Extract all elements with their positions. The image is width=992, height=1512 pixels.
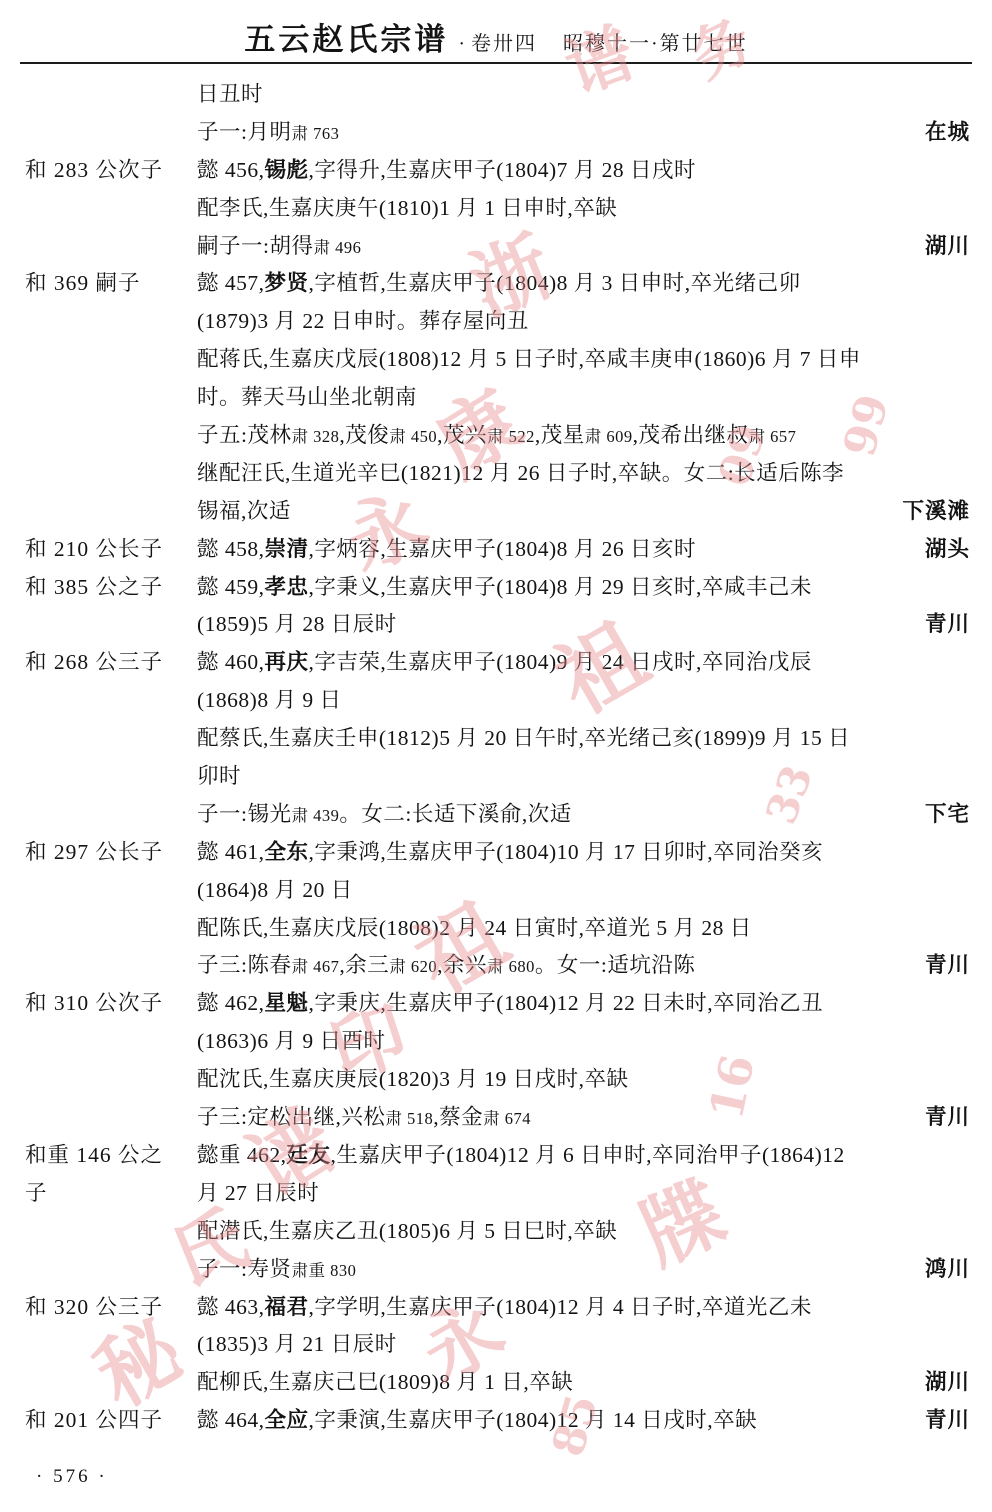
text-segment: ,茂俊 <box>339 423 389 447</box>
place-label: 下宅 <box>925 796 992 834</box>
place-label <box>970 152 992 190</box>
entry-side-label <box>0 796 197 834</box>
entry-side-label <box>0 606 197 644</box>
text-segment: 配沈氏,生嘉庆庚辰(1820)3 月 19 日戌时,卒缺 <box>197 1067 628 1091</box>
place-label <box>970 76 992 114</box>
entry-text: 子五:茂林肃 328,茂俊肃 450,茂兴肃 522,茂星肃 609,茂希出继叔… <box>197 417 970 455</box>
place-label <box>970 1213 992 1251</box>
person-name: 福君 <box>265 1295 309 1319</box>
text-segment: ,茂星 <box>535 423 585 447</box>
genealogy-page: 五云赵氏宗谱·卷卅四昭穆十一·第廿七世 日丑时子一:月明肃 763在城和 283… <box>0 0 992 1512</box>
entry-side-label <box>0 76 197 114</box>
entry-text: (1863)6 月 9 日酉时 <box>197 1023 970 1061</box>
entry-side-label <box>0 303 197 341</box>
annotation-ref: 肃 674 <box>483 1109 531 1128</box>
text-segment: 懿 462, <box>197 991 265 1015</box>
entry-text: 配蔡氏,生嘉庆壬申(1812)5 月 20 日午时,卒光绪己亥(1899)9 月… <box>197 720 970 758</box>
text-segment: ,字秉义,生嘉庆甲子(1804)8 月 29 日亥时,卒咸丰己未 <box>309 575 812 599</box>
entry-side-label: 和 210 公长子 <box>0 531 197 569</box>
entry-text: 月 27 日辰时 <box>197 1175 970 1213</box>
text-segment: ,字得升,生嘉庆甲子(1804)7 月 28 日戌时 <box>309 158 696 182</box>
text-segment: (1879)3 月 22 日申时。葬存屋向丑 <box>197 309 529 333</box>
entry-row: 和 310 公次子懿 462,星魁,字秉庆,生嘉庆甲子(1804)12 月 22… <box>0 985 992 1023</box>
entry-side-label <box>0 1326 197 1364</box>
entry-row: 和 283 公次子懿 456,锡彪,字得升,生嘉庆甲子(1804)7 月 28 … <box>0 152 992 190</box>
text-segment: 懿 460, <box>197 650 265 674</box>
text-segment: ,字秉鸿,生嘉庆甲子(1804)10 月 17 日卯时,卒同治癸亥 <box>309 840 824 864</box>
entry-row: 和 268 公三子懿 460,再庆,字吉荣,生嘉庆甲子(1804)9 月 24 … <box>0 644 992 682</box>
annotation-ref: 肃 522 <box>487 427 535 446</box>
text-segment: 懿重 462, <box>197 1143 287 1167</box>
title-separator-dot: · <box>458 33 465 55</box>
place-label <box>970 682 992 720</box>
entry-row: (1863)6 月 9 日酉时 <box>0 1023 992 1061</box>
place-label <box>970 1175 992 1213</box>
text-segment: 时。葬天马山坐北朝南 <box>197 385 417 409</box>
text-segment: 嗣子一:胡得 <box>197 234 313 258</box>
entry-row: 子五:茂林肃 328,茂俊肃 450,茂兴肃 522,茂星肃 609,茂希出继叔… <box>0 417 992 455</box>
entry-side-label <box>0 910 197 948</box>
text-segment: 。女一:适坑沿陈 <box>535 953 695 977</box>
text-segment: 懿 458, <box>197 537 265 561</box>
entry-side-label <box>0 417 197 455</box>
text-segment: 配蔡氏,生嘉庆壬申(1812)5 月 20 日午时,卒光绪己亥(1899)9 月… <box>197 726 850 750</box>
annotation-ref: 肃 518 <box>385 1109 433 1128</box>
entry-text: 配沈氏,生嘉庆庚辰(1820)3 月 19 日戌时,卒缺 <box>197 1061 970 1099</box>
entry-side-label: 和 320 公三子 <box>0 1289 197 1327</box>
person-name: 全东 <box>265 840 309 864</box>
entry-row: 配陈氏,生嘉庆戊辰(1808)2 月 24 日寅时,卒道光 5 月 28 日 <box>0 910 992 948</box>
person-name: 崇清 <box>265 537 309 561</box>
place-label <box>970 569 992 607</box>
entry-row: 和 320 公三子懿 463,福君,字学明,生嘉庆甲子(1804)12 月 4 … <box>0 1289 992 1327</box>
entry-row: 配蒋氏,生嘉庆戊辰(1808)12 月 5 日子时,卒咸丰庚申(1860)6 月… <box>0 341 992 379</box>
text-segment: 配李氏,生嘉庆庚午(1810)1 月 1 日申时,卒缺 <box>197 196 617 220</box>
text-segment: 子三:陈春 <box>197 953 291 977</box>
text-segment: (1835)3 月 21 日辰时 <box>197 1332 397 1356</box>
text-segment: ,字植哲,生嘉庆甲子(1804)8 月 3 日申时,卒光绪己卯 <box>309 271 801 295</box>
text-segment: ,余兴 <box>437 953 487 977</box>
entry-text: 子三:定松出继,兴松肃 518,蔡金肃 674 <box>197 1099 925 1137</box>
entry-side-label <box>0 682 197 720</box>
section-label: 昭穆十一·第廿七世 <box>563 33 748 55</box>
person-name: 梦贤 <box>265 271 309 295</box>
entry-side-label: 和 268 公三子 <box>0 644 197 682</box>
text-segment: 懿 456, <box>197 158 265 182</box>
text-segment: 子一:锡光 <box>197 802 291 826</box>
entry-side-label <box>0 1061 197 1099</box>
entry-row: 子三:定松出继,兴松肃 518,蔡金肃 674青川 <box>0 1099 992 1137</box>
entry-row: 配沈氏,生嘉庆庚辰(1820)3 月 19 日戌时,卒缺 <box>0 1061 992 1099</box>
person-name: 星魁 <box>265 991 309 1015</box>
text-segment: 。女二:长适下溪俞,次适 <box>339 802 571 826</box>
place-label: 青川 <box>925 1402 992 1440</box>
annotation-ref: 肃 620 <box>389 957 437 976</box>
entry-side-label: 和 369 嗣子 <box>0 265 197 303</box>
entry-side-label <box>0 758 197 796</box>
entry-side-label: 和重 146 公之 <box>0 1137 197 1175</box>
entry-text: 懿 457,梦贤,字植哲,生嘉庆甲子(1804)8 月 3 日申时,卒光绪己卯 <box>197 265 970 303</box>
entry-text: 懿 460,再庆,字吉荣,生嘉庆甲子(1804)9 月 24 日戌时,卒同治戊辰 <box>197 644 970 682</box>
entry-text: 子一:寿贤肃重 830 <box>197 1251 925 1289</box>
place-label <box>970 303 992 341</box>
text-segment: 锡福,次适 <box>197 499 291 523</box>
entry-text: 日丑时 <box>197 76 970 114</box>
text-segment: 子五:茂林 <box>197 423 291 447</box>
entry-text: 懿 459,孝忠,字秉义,生嘉庆甲子(1804)8 月 29 日亥时,卒咸丰己未 <box>197 569 970 607</box>
annotation-ref: 肃重 830 <box>291 1261 356 1280</box>
volume-label: 卷卅四 <box>471 33 537 55</box>
entry-row: 和 297 公长子懿 461,全东,字秉鸿,生嘉庆甲子(1804)10 月 17… <box>0 834 992 872</box>
entry-row: 子三:陈春肃 467,余三肃 620,余兴肃 680。女一:适坑沿陈青川 <box>0 947 992 985</box>
place-label <box>970 720 992 758</box>
entry-row: 子一:月明肃 763在城 <box>0 114 992 152</box>
entry-text: (1879)3 月 22 日申时。葬存屋向丑 <box>197 303 970 341</box>
entry-text: 懿 462,星魁,字秉庆,生嘉庆甲子(1804)12 月 22 日未时,卒同治乙… <box>197 985 970 1023</box>
annotation-ref: 肃 439 <box>291 806 339 825</box>
place-label <box>970 1137 992 1175</box>
text-segment: 懿 464, <box>197 1408 265 1432</box>
entry-text: 懿 456,锡彪,字得升,生嘉庆甲子(1804)7 月 28 日戌时 <box>197 152 970 190</box>
entry-row: 卯时 <box>0 758 992 796</box>
text-segment: 懿 461, <box>197 840 265 864</box>
entry-row: (1859)5 月 28 日辰时青川 <box>0 606 992 644</box>
annotation-ref: 肃 328 <box>291 427 339 446</box>
annotation-ref: 肃 496 <box>313 238 361 257</box>
entry-row: 子月 27 日辰时 <box>0 1175 992 1213</box>
entry-text: 懿 458,崇清,字炳容,生嘉庆甲子(1804)8 月 26 日亥时 <box>197 531 925 569</box>
entry-side-label <box>0 1213 197 1251</box>
text-segment: ,字炳容,生嘉庆甲子(1804)8 月 26 日亥时 <box>309 537 696 561</box>
entry-text: 懿 464,全应,字秉演,生嘉庆甲子(1804)12 月 14 日戌时,卒缺 <box>197 1402 925 1440</box>
text-segment: (1868)8 月 9 日 <box>197 688 341 712</box>
text-segment: (1859)5 月 28 日辰时 <box>197 612 397 636</box>
entry-side-label: 子 <box>0 1175 197 1213</box>
annotation-ref: 肃 450 <box>389 427 437 446</box>
place-label <box>970 834 992 872</box>
person-name: 再庆 <box>265 650 309 674</box>
entry-row: 和重 146 公之懿重 462,廷友,生嘉庆甲子(1804)12 月 6 日申时… <box>0 1137 992 1175</box>
entry-text: 子一:月明肃 763 <box>197 114 925 152</box>
text-segment: 配陈氏,生嘉庆戊辰(1808)2 月 24 日寅时,卒道光 5 月 28 日 <box>197 916 752 940</box>
text-segment: ,字秉庆,生嘉庆甲子(1804)12 月 22 日未时,卒同治乙丑 <box>309 991 824 1015</box>
text-segment: ,余三 <box>339 953 389 977</box>
entry-row: 和 369 嗣子懿 457,梦贤,字植哲,生嘉庆甲子(1804)8 月 3 日申… <box>0 265 992 303</box>
entry-side-label <box>0 1251 197 1289</box>
text-segment: 配潜氏,生嘉庆乙丑(1805)6 月 5 日巳时,卒缺 <box>197 1219 617 1243</box>
entry-side-label <box>0 720 197 758</box>
text-segment: ,字吉荣,生嘉庆甲子(1804)9 月 24 日戌时,卒同治戊辰 <box>309 650 812 674</box>
entry-row: 时。葬天马山坐北朝南 <box>0 379 992 417</box>
text-segment: 配蒋氏,生嘉庆戊辰(1808)12 月 5 日子时,卒咸丰庚申(1860)6 月… <box>197 347 861 371</box>
place-label: 青川 <box>925 1099 992 1137</box>
entry-side-label <box>0 455 197 493</box>
text-segment: ,字学明,生嘉庆甲子(1804)12 月 4 日子时,卒道光乙未 <box>309 1295 812 1319</box>
text-segment: 懿 463, <box>197 1295 265 1319</box>
entry-text: 懿 463,福君,字学明,生嘉庆甲子(1804)12 月 4 日子时,卒道光乙未 <box>197 1289 970 1327</box>
entry-side-label: 和 310 公次子 <box>0 985 197 1023</box>
place-label: 青川 <box>925 606 992 644</box>
entry-side-label <box>0 114 197 152</box>
place-label <box>970 1326 992 1364</box>
place-label <box>970 1289 992 1327</box>
entry-side-label <box>0 872 197 910</box>
text-segment: ,茂兴 <box>437 423 487 447</box>
entry-row: (1868)8 月 9 日 <box>0 682 992 720</box>
entry-row: 配李氏,生嘉庆庚午(1810)1 月 1 日申时,卒缺 <box>0 190 992 228</box>
entry-text: 配陈氏,生嘉庆戊辰(1808)2 月 24 日寅时,卒道光 5 月 28 日 <box>197 910 970 948</box>
entry-side-label <box>0 1099 197 1137</box>
entry-text: 子三:陈春肃 467,余三肃 620,余兴肃 680。女一:适坑沿陈 <box>197 947 925 985</box>
entry-row: 嗣子一:胡得肃 496湖川 <box>0 228 992 266</box>
entry-text: 懿重 462,廷友,生嘉庆甲子(1804)12 月 6 日申时,卒同治甲子(18… <box>197 1137 970 1175</box>
annotation-ref: 肃 763 <box>291 124 339 143</box>
page-header: 五云赵氏宗谱·卷卅四昭穆十一·第廿七世 <box>0 14 992 59</box>
person-name: 廷友 <box>287 1143 331 1167</box>
entry-row: 继配汪氏,生道光辛巳(1821)12 月 26 日子时,卒缺。女二:长适后陈李 <box>0 455 992 493</box>
place-label <box>970 379 992 417</box>
text-segment: ,生嘉庆甲子(1804)12 月 6 日申时,卒同治甲子(1864)12 <box>331 1143 845 1167</box>
entry-side-label <box>0 1023 197 1061</box>
place-label: 鸿川 <box>925 1251 992 1289</box>
entry-text: 锡福,次适 <box>197 493 902 531</box>
entry-text: 配潜氏,生嘉庆乙丑(1805)6 月 5 日巳时,卒缺 <box>197 1213 970 1251</box>
text-segment: ,字秉演,生嘉庆甲子(1804)12 月 14 日戌时,卒缺 <box>309 1408 758 1432</box>
entry-text: 继配汪氏,生道光辛巳(1821)12 月 26 日子时,卒缺。女二:长适后陈李 <box>197 455 970 493</box>
place-label <box>970 1023 992 1061</box>
entry-side-label: 和 283 公次子 <box>0 152 197 190</box>
entry-side-label: 和 201 公四子 <box>0 1402 197 1440</box>
text-segment: 懿 459, <box>197 575 265 599</box>
text-segment: ,茂希出继叔 <box>633 423 749 447</box>
book-title: 五云赵氏宗谱 <box>244 22 448 57</box>
entry-row: 和 385 公之子懿 459,孝忠,字秉义,生嘉庆甲子(1804)8 月 29 … <box>0 569 992 607</box>
text-segment: (1863)6 月 9 日酉时 <box>197 1029 385 1053</box>
entry-side-label <box>0 493 197 531</box>
place-label <box>970 1061 992 1099</box>
entries: 日丑时子一:月明肃 763在城和 283 公次子懿 456,锡彪,字得升,生嘉庆… <box>0 76 992 1440</box>
entry-side-label <box>0 1364 197 1402</box>
text-segment: 月 27 日辰时 <box>197 1181 319 1205</box>
annotation-ref: 肃 680 <box>487 957 535 976</box>
annotation-ref: 肃 609 <box>585 427 633 446</box>
entry-row: (1835)3 月 21 日辰时 <box>0 1326 992 1364</box>
entry-text: 配蒋氏,生嘉庆戊辰(1808)12 月 5 日子时,卒咸丰庚申(1860)6 月… <box>197 341 970 379</box>
entry-row: 配潜氏,生嘉庆乙丑(1805)6 月 5 日巳时,卒缺 <box>0 1213 992 1251</box>
header-divider <box>20 62 972 64</box>
text-segment: 子一:月明 <box>197 120 291 144</box>
entry-row: 子一:寿贤肃重 830鸿川 <box>0 1251 992 1289</box>
place-label: 下溪滩 <box>902 493 992 531</box>
entry-row: 锡福,次适下溪滩 <box>0 493 992 531</box>
entry-text: (1835)3 月 21 日辰时 <box>197 1326 970 1364</box>
place-label: 青川 <box>925 947 992 985</box>
text-segment: 日丑时 <box>197 82 263 106</box>
entry-text: 卯时 <box>197 758 970 796</box>
place-label <box>970 265 992 303</box>
text-segment: 继配汪氏,生道光辛巳(1821)12 月 26 日子时,卒缺。女二:长适后陈李 <box>197 461 844 485</box>
place-label: 湖头 <box>925 531 992 569</box>
text-segment: (1864)8 月 20 日 <box>197 878 353 902</box>
entry-side-label <box>0 190 197 228</box>
place-label <box>970 644 992 682</box>
place-label: 湖川 <box>925 228 992 266</box>
place-label <box>970 190 992 228</box>
entry-text: 子一:锡光肃 439。女二:长适下溪俞,次适 <box>197 796 925 834</box>
place-label <box>970 417 992 455</box>
entry-row: 和 210 公长子懿 458,崇清,字炳容,生嘉庆甲子(1804)8 月 26 … <box>0 531 992 569</box>
entry-side-label: 和 297 公长子 <box>0 834 197 872</box>
text-segment: 懿 457, <box>197 271 265 295</box>
text-segment: 子一:寿贤 <box>197 1257 291 1281</box>
entry-text: 懿 461,全东,字秉鸿,生嘉庆甲子(1804)10 月 17 日卯时,卒同治癸… <box>197 834 970 872</box>
page-number: · 576 · <box>36 1466 108 1488</box>
person-name: 锡彪 <box>265 158 309 182</box>
text-segment: 配柳氏,生嘉庆己巳(1809)8 月 1 日,卒缺 <box>197 1370 573 1394</box>
person-name: 全应 <box>265 1408 309 1432</box>
place-label <box>970 758 992 796</box>
entry-row: 和 201 公四子懿 464,全应,字秉演,生嘉庆甲子(1804)12 月 14… <box>0 1402 992 1440</box>
entry-row: (1864)8 月 20 日 <box>0 872 992 910</box>
entry-text: 时。葬天马山坐北朝南 <box>197 379 970 417</box>
entry-row: 配蔡氏,生嘉庆壬申(1812)5 月 20 日午时,卒光绪己亥(1899)9 月… <box>0 720 992 758</box>
annotation-ref: 肃 657 <box>749 427 797 446</box>
text-segment: ,蔡金 <box>433 1105 483 1129</box>
entry-text: (1859)5 月 28 日辰时 <box>197 606 925 644</box>
entry-row: 配柳氏,生嘉庆己巳(1809)8 月 1 日,卒缺湖川 <box>0 1364 992 1402</box>
person-name: 孝忠 <box>265 575 309 599</box>
entry-side-label <box>0 379 197 417</box>
entry-row: 子一:锡光肃 439。女二:长适下溪俞,次适下宅 <box>0 796 992 834</box>
place-label <box>970 341 992 379</box>
place-label: 湖川 <box>925 1364 992 1402</box>
entry-text: 配柳氏,生嘉庆己巳(1809)8 月 1 日,卒缺 <box>197 1364 925 1402</box>
annotation-ref: 肃 467 <box>291 957 339 976</box>
place-label <box>970 985 992 1023</box>
entry-text: (1868)8 月 9 日 <box>197 682 970 720</box>
entry-text: 嗣子一:胡得肃 496 <box>197 228 925 266</box>
entry-side-label <box>0 947 197 985</box>
entry-row: (1879)3 月 22 日申时。葬存屋向丑 <box>0 303 992 341</box>
entry-text: (1864)8 月 20 日 <box>197 872 970 910</box>
text-segment: 卯时 <box>197 764 241 788</box>
entry-side-label: 和 385 公之子 <box>0 569 197 607</box>
entry-text: 配李氏,生嘉庆庚午(1810)1 月 1 日申时,卒缺 <box>197 190 970 228</box>
entry-row: 日丑时 <box>0 76 992 114</box>
place-label: 在城 <box>925 114 992 152</box>
entry-side-label <box>0 228 197 266</box>
place-label <box>970 455 992 493</box>
text-segment: 子三:定松出继,兴松 <box>197 1105 385 1129</box>
place-label <box>970 910 992 948</box>
place-label <box>970 872 992 910</box>
entry-side-label <box>0 341 197 379</box>
